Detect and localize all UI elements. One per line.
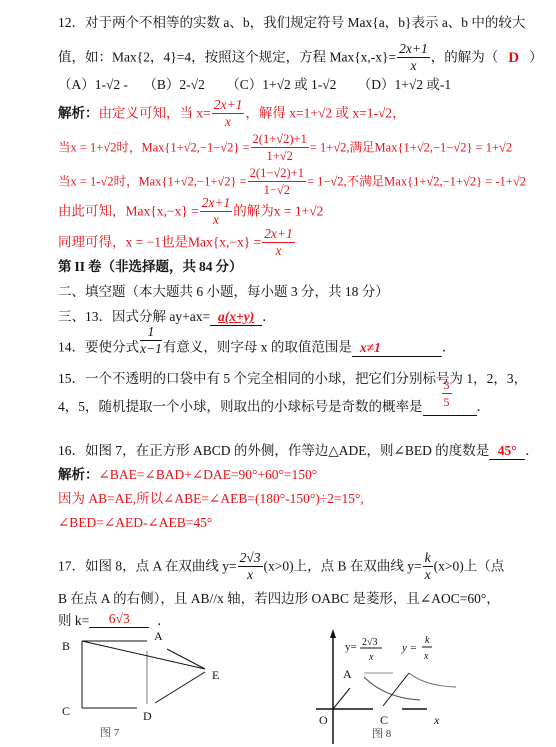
solution-fraction: 2x+1x: [212, 97, 245, 130]
figure-7: A B C D E 图 7: [50, 620, 300, 747]
solution-text: 因为 AB=AE,所以∠ABE=∠AEB=(180°-150°)÷2=15°,: [58, 491, 364, 506]
label-a: A: [343, 667, 352, 681]
q12-equation-text: 值，如：Max{2，4}=4，按照这个规定，方程 Max{x,-x}=: [58, 50, 396, 65]
q13-end: ．: [262, 309, 276, 324]
solution-fraction: 2x+1x: [262, 226, 295, 259]
q12-solution-line3: 当x = 1-√2时，Max{1+√2,−1+√2} =2(1−√2)+11−√…: [58, 166, 526, 199]
section-title: 第II卷（非选择题，共84分）: [58, 258, 243, 276]
label-x: x: [433, 713, 440, 727]
q16: 16．如图 7，在正方形 ABCD 的外侧，作等边△ADE，则∠BED 的度数是…: [58, 442, 539, 460]
section-title-text: 卷（非选择题，共: [88, 259, 196, 274]
q16-solution-line3: ∠BED=∠AED-∠AEB=45°: [58, 514, 212, 532]
q12-line1: 12．对于两个不相等的实数 a、b，我们规定符号 Max{a，b}表示 a、b …: [58, 14, 525, 32]
option-c: （C）1+√2 或 1-√2: [226, 77, 336, 92]
q15-text: 4，5，随机提取一个小球，则取出的小球标号是奇数的概率是: [58, 399, 423, 414]
q16-solution-line1: 解析：∠BAE=∠BAD+∠DAE=90°+60°=150°: [58, 466, 317, 484]
solution-text: ，解得 x=1+√2 或 x=1-√2，: [245, 106, 405, 121]
figure-8-caption: 图 8: [372, 727, 392, 740]
q14: 14．要使分式1x−1有意义，则字母 x 的取值范围是x≠1．: [58, 332, 455, 365]
section-roman: II: [75, 259, 86, 274]
q16-answer: 45°: [489, 443, 525, 460]
solution-label: 解析：: [58, 467, 99, 482]
label-b: B: [62, 639, 70, 653]
q12-solution-line2: 当x = 1+√2时，Max{1+√2,−1−√2} =2(1+√2)+11+√…: [58, 132, 512, 165]
q17-line1: 17．如图 8，点 A 在双曲线 y=2√3x(x>0)上，点 B 在双曲线 y…: [58, 551, 504, 584]
solution-text: 的解为x = 1+√2: [233, 204, 323, 219]
q17-line2: B 在点 A 的右侧），且 AB//x 轴，若四边形 OABC 是菱形，且∠AO…: [58, 590, 500, 608]
q14-text: 有意义，则字母 x 的取值范围是: [163, 340, 352, 355]
section-title-text: 分）: [216, 259, 243, 274]
q16-text: 16．如图 7，在正方形 ABCD 的外侧，作等边△ADE，则∠BED 的度数是: [58, 443, 489, 458]
solution-text: 同理可得，x = −1也是Max{x,−x} =: [58, 235, 261, 250]
curve1-label: y=: [345, 641, 357, 653]
label-c: C: [380, 713, 388, 727]
q17-text: B 在点 A 的右侧），且 AB//x 轴，若四边形 OABC 是菱形，且∠AO…: [58, 591, 500, 606]
solution-fraction: 2(1+√2)+11+√2: [251, 131, 309, 164]
q12-solution-line1: 解析：由定义可知，当 x=2x+1x，解得 x=1+√2 或 x=1-√2，: [58, 98, 406, 131]
solution-fraction: 2x+1x: [200, 195, 233, 228]
q17-text: (x>0)上，点 B 在双曲线 y=: [264, 559, 422, 574]
q15-line2: 4，5，随机提取一个小球，则取出的小球标号是奇数的概率是35 ．: [58, 398, 490, 416]
figure-7-caption: 图 7: [100, 726, 120, 739]
q17-text: (x>0)上（点: [434, 559, 505, 574]
curve1-num: 2√3: [362, 637, 378, 648]
q12-answer: D: [508, 50, 519, 66]
q14-fraction: 1x−1: [140, 324, 162, 357]
solution-text: ∠BAE=∠BAD+∠DAE=90°+60°=150°: [99, 467, 318, 482]
q12-options: （A）1-√2 - （B）2-√2 （C）1+√2 或 1-√2 （D）1+√2…: [58, 76, 451, 94]
q15-answer: 35: [442, 377, 452, 410]
curve2-label: y =: [401, 642, 417, 654]
q17-fraction-1: 2√3x: [238, 550, 263, 583]
solution-text: 当x = 1-√2时，Max{1+√2,−1+√2} =: [58, 174, 247, 188]
fill-header-text: 二、填空题（本大题共 6 小题，每小题 3 分，共 18 分）: [58, 284, 389, 299]
label-o: O: [319, 713, 328, 727]
q13-text: 三、13．因式分解 ay+ax=: [58, 309, 210, 324]
q12-solution-line5: 同理可得，x = −1也是Max{x,−x} =2x+1x: [58, 227, 296, 260]
q14-end: ．: [442, 340, 456, 355]
label-c: C: [62, 704, 70, 718]
section-title-text: 第: [58, 259, 72, 274]
solution-label: 解析：: [58, 106, 99, 121]
option-b: （B）2-√2: [143, 77, 204, 92]
q15-text: 15．一个不透明的口袋中有 5 个完全相同的小球，把它们分别标号为 1，2，3，: [58, 371, 527, 386]
option-d: （D）1+√2 或-1: [358, 77, 451, 92]
fill-blank-header: 二、填空题（本大题共 6 小题，每小题 3 分，共 18 分）: [58, 283, 389, 301]
q12-paren: ）: [529, 50, 543, 65]
q16-end: ．: [525, 443, 539, 458]
q13-answer: a(x+y): [210, 309, 262, 326]
q12-stem: 12．对于两个不相等的实数 a、b，我们规定符号 Max{a，b}表示 a、b …: [58, 15, 525, 30]
curve2-num: k: [425, 635, 430, 646]
q15-line1: 15．一个不透明的口袋中有 5 个完全相同的小球，把它们分别标号为 1，2，3，: [58, 370, 527, 388]
q12-fraction: 2x+1x: [397, 41, 430, 74]
curve2-den: x: [423, 651, 429, 662]
q15-end: ．: [477, 399, 491, 414]
label-e: E: [212, 668, 219, 682]
q16-solution-line2: 因为 AB=AE,所以∠ABE=∠AEB=(180°-150°)÷2=15°,: [58, 490, 364, 508]
solution-text: 由定义可知，当 x=: [99, 106, 211, 121]
solution-text: = 1−√2,不满足Max{1+√2,−1+√2} = -1+√2: [307, 174, 526, 188]
figure-8: y= 2√3 x y = k x A O C x 图 8: [300, 620, 556, 747]
curve1-den: x: [368, 652, 374, 663]
q12-line2: 值，如：Max{2，4}=4，按照这个规定，方程 Max{x,-x}=2x+1x…: [58, 42, 543, 75]
solution-text: ∠BED=∠AED-∠AEB=45°: [58, 515, 212, 530]
section-score: 84: [199, 259, 213, 274]
q15-answer-blank: 35: [423, 399, 477, 416]
solution-text: 当x = 1+√2时，Max{1+√2,−1−√2} =: [58, 140, 250, 154]
q14-answer: x≠1: [352, 340, 442, 357]
q17-fraction-2: kx: [423, 550, 433, 583]
q12-prompt: ，的解为（: [431, 50, 499, 65]
q12-solution-line4: 由此可知，Max{x,−x} =2x+1x的解为x = 1+√2: [58, 196, 323, 229]
label-d: D: [143, 709, 152, 723]
solution-fraction: 2(1−√2)+11−√2: [248, 165, 306, 198]
label-a: A: [154, 629, 163, 643]
solution-text: 由此可知，Max{x,−x} =: [58, 204, 199, 219]
option-a: （A）1-√2 -: [58, 77, 128, 92]
solution-text: = 1+√2,满足Max{1+√2,−1−√2} = 1+√2: [310, 140, 512, 154]
q14-text: 14．要使分式: [58, 340, 139, 355]
q17-text: 17．如图 8，点 A 在双曲线 y=: [58, 559, 237, 574]
q13: 三、13．因式分解 ay+ax=a(x+y)．: [58, 308, 276, 326]
